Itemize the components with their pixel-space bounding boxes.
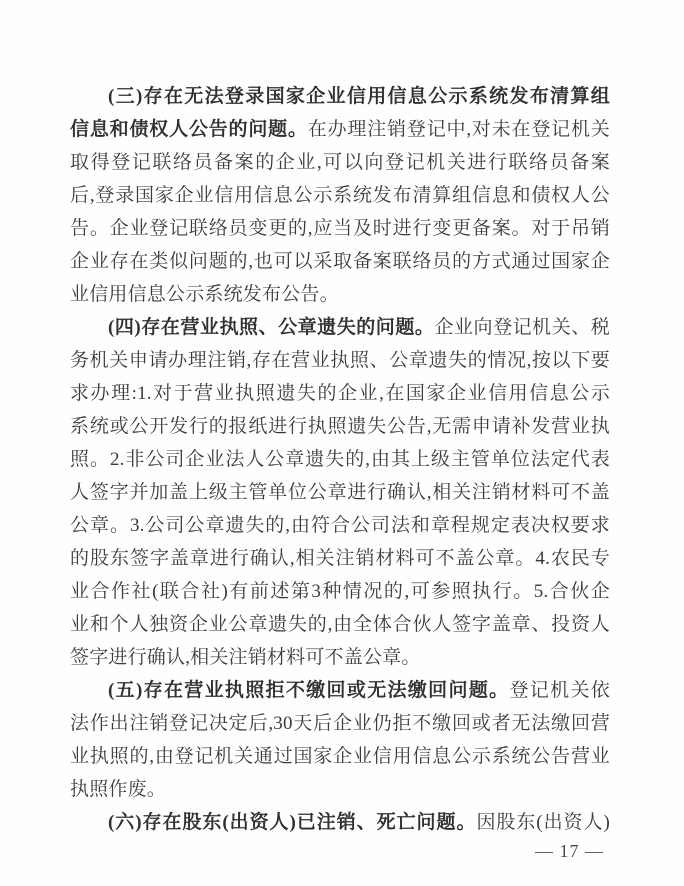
text-line: 照。2.非公司企业法人公章遗失的,由其上级主管单位法定代表 (70, 443, 610, 476)
body-text: 业和个人独资企业公章遗失的,由全体合伙人签字盖章、投资人 (70, 614, 610, 635)
body-text: 告。企业登记联络员变更的,应当及时进行变更备案。对于吊销 (70, 218, 610, 239)
section-heading: (五)存在营业执照拒不缴回或无法缴回问题。 (108, 680, 509, 701)
text-line: 告。企业登记联络员变更的,应当及时进行变更备案。对于吊销 (70, 212, 610, 245)
section-heading: (四)存在营业执照、公章遗失的问题。 (108, 317, 434, 338)
text-line: (四)存在营业执照、公章遗失的问题。企业向登记机关、税 (70, 311, 610, 344)
body-text: 企业存在类似问题的,也可以采取备案联络员的方式通过国家企 (70, 251, 610, 272)
body-text: 人签字并加盖上级主管单位公章进行确认,相关注销材料可不盖 (70, 482, 610, 503)
section-heading: (六)存在股东(出资人)已注销、死亡问题。 (108, 812, 476, 833)
section-heading: (三)存在无法登录国家企业信用信息公示系统发布清算组 (108, 86, 610, 107)
text-line: (六)存在股东(出资人)已注销、死亡问题。因股东(出资人) (70, 806, 610, 839)
body-text: 业合作社(联合社)有前述第3种情况的,可参照执行。5.合伙企 (70, 581, 610, 602)
body-text: 在办理注销登记中,对未在登记机关 (308, 119, 610, 140)
body-text: 后,登录国家企业信用信息公示系统发布清算组信息和债权人公 (70, 185, 610, 206)
body-text: 业执照的,由登记机关通过国家企业信用信息公示系统公告营业 (70, 746, 610, 767)
text-line: 系统或公开发行的报纸进行执照遗失公告,无需申请补发营业执 (70, 410, 610, 443)
body-text: 执照作废。 (70, 779, 166, 800)
body-text: 业信用信息公示系统发布公告。 (70, 284, 339, 305)
text-line: 业合作社(联合社)有前述第3种情况的,可参照执行。5.合伙企 (70, 575, 610, 608)
text-line: (五)存在营业执照拒不缴回或无法缴回问题。登记机关依 (70, 674, 610, 707)
text-line: 务机关申请办理注销,存在营业执照、公章遗失的情况,按以下要 (70, 344, 610, 377)
body-text: 系统或公开发行的报纸进行执照遗失公告,无需申请补发营业执 (70, 416, 610, 437)
text-line: 公章。3.公司公章遗失的,由符合公司法和章程规定表决权要求 (70, 509, 610, 542)
text-line: 企业存在类似问题的,也可以采取备案联络员的方式通过国家企 (70, 245, 610, 278)
text-line: 取得登记联络员备案的企业,可以向登记机关进行联络员备案 (70, 146, 610, 179)
text-line: 业和个人独资企业公章遗失的,由全体合伙人签字盖章、投资人 (70, 608, 610, 641)
text-line: 后,登录国家企业信用信息公示系统发布清算组信息和债权人公 (70, 179, 610, 212)
body-text: 法作出注销登记决定后,30天后企业仍拒不缴回或者无法缴回营 (70, 713, 610, 734)
body-text: 的股东签字盖章进行确认,相关注销材料可不盖公章。4.农民专 (70, 548, 610, 569)
section-heading: 信息和债权人公告的问题。 (70, 119, 308, 140)
text-line: 求办理:1.对于营业执照遗失的企业,在国家企业信用信息公示 (70, 377, 610, 410)
body-text: 登记机关依 (509, 680, 610, 701)
body-text: 因股东(出资人) (476, 812, 610, 833)
text-line: 签字进行确认,相关注销材料可不盖公章。 (70, 641, 610, 674)
body-text: 公章。3.公司公章遗失的,由符合公司法和章程规定表决权要求 (70, 515, 610, 536)
body-text: 务机关申请办理注销,存在营业执照、公章遗失的情况,按以下要 (70, 350, 610, 371)
text-line: 业信用信息公示系统发布公告。 (70, 278, 610, 311)
text-line: 人签字并加盖上级主管单位公章进行确认,相关注销材料可不盖 (70, 476, 610, 509)
body-text: 取得登记联络员备案的企业,可以向登记机关进行联络员备案 (70, 152, 610, 173)
text-line: 法作出注销登记决定后,30天后企业仍拒不缴回或者无法缴回营 (70, 707, 610, 740)
text-line: 业执照的,由登记机关通过国家企业信用信息公示系统公告营业 (70, 740, 610, 773)
body-text: 签字进行确认,相关注销材料可不盖公章。 (70, 647, 421, 668)
text-line: 信息和债权人公告的问题。在办理注销登记中,对未在登记机关 (70, 113, 610, 146)
text-line: 的股东签字盖章进行确认,相关注销材料可不盖公章。4.农民专 (70, 542, 610, 575)
page-number: — 17 — (535, 840, 604, 862)
body-text: 照。2.非公司企业法人公章遗失的,由其上级主管单位法定代表 (70, 449, 610, 470)
text-line: (三)存在无法登录国家企业信用信息公示系统发布清算组 (70, 80, 610, 113)
body-text: 企业向登记机关、税 (434, 317, 610, 338)
body-text: 求办理:1.对于营业执照遗失的企业,在国家企业信用信息公示 (70, 383, 610, 404)
document-page: (三)存在无法登录国家企业信用信息公示系统发布清算组信息和债权人公告的问题。在办… (0, 0, 684, 886)
document-text-body: (三)存在无法登录国家企业信用信息公示系统发布清算组信息和债权人公告的问题。在办… (70, 80, 610, 839)
text-line: 执照作废。 (70, 773, 610, 806)
